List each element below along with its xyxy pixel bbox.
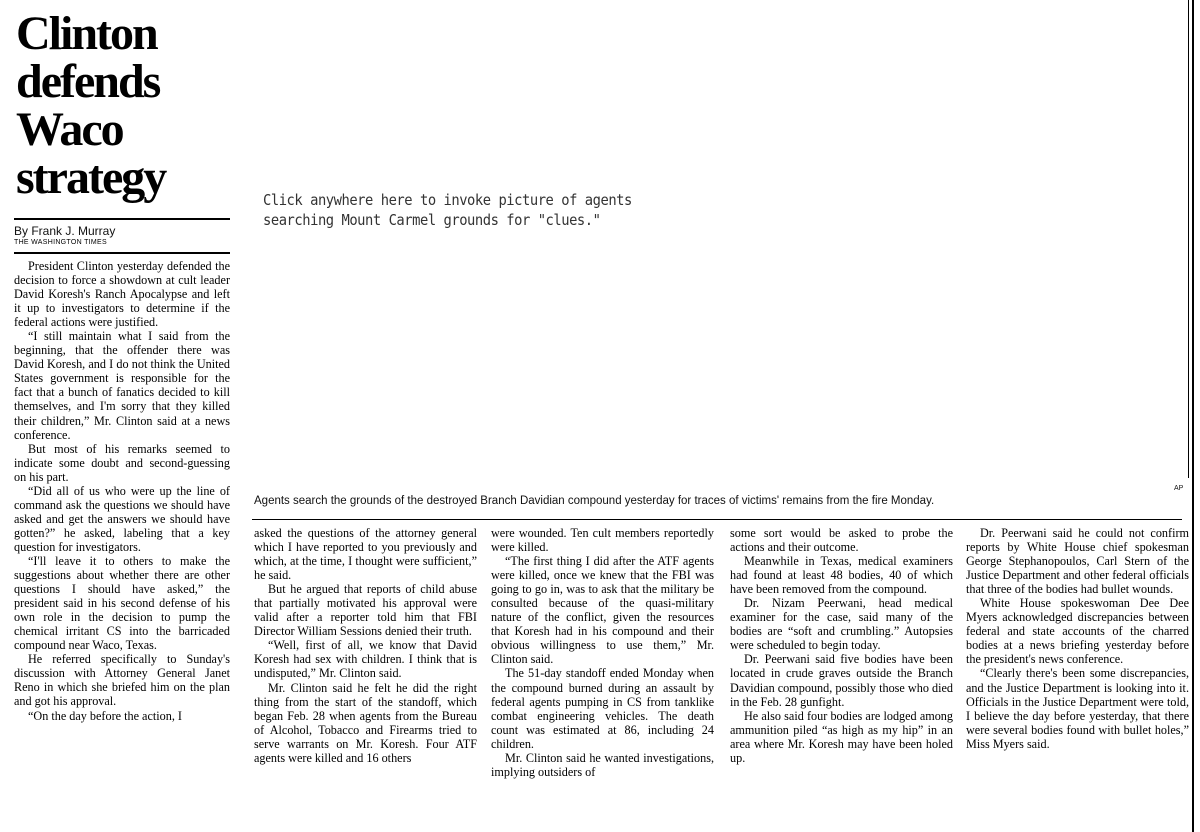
article-column-3: some sort would be asked to probe the ac… [730,526,953,765]
page-border [1192,0,1194,832]
headline: Clinton defends Waco strategy [16,10,230,202]
article-column-2: were wounded. Ten cult members reportedl… [491,526,714,779]
byline-top-rule [14,218,230,220]
paragraph: some sort would be asked to probe the ac… [730,526,953,554]
paragraph: “I'll leave it to others to make the sug… [14,554,230,652]
photo-credit: AP [1174,485,1183,492]
paragraph: “The first thing I did after the ATF age… [491,554,714,666]
paragraph: The 51-day standoff ended Monday when th… [491,666,714,750]
paragraph: He also said four bodies are lodged amon… [730,709,953,765]
paragraph: asked the questions of the attorney gene… [254,526,477,582]
paragraph: Mr. Clinton said he wanted investigation… [491,751,714,779]
article-column-1: asked the questions of the attorney gene… [254,526,477,765]
photo-frame-line [1188,0,1189,478]
paragraph: Mr. Clinton said he felt he did the righ… [254,681,477,765]
lead-column-text: President Clinton yesterday defended the… [14,259,230,723]
paragraph: “I still maintain what I said from the b… [14,329,230,441]
headline-line: strategy [16,154,230,202]
byline-bottom-rule [14,252,230,254]
paragraph: “Did all of us who were up the line of c… [14,484,230,554]
paragraph: Meanwhile in Texas, medical examiners ha… [730,554,953,596]
paragraph: President Clinton yesterday defended the… [14,259,230,329]
article-column-4: Dr. Peerwani said he could not confirm r… [966,526,1189,751]
headline-line: defends [16,58,230,106]
headline-line: Waco [16,106,230,154]
paragraph: He referred specifically to Sunday's dis… [14,652,230,708]
caption-rule [252,519,1182,520]
paragraph: But most of his remarks seemed to indica… [14,442,230,484]
photo-placeholder-link[interactable]: Click anywhere here to invoke picture of… [263,190,632,230]
paragraph: But he argued that reports of child abus… [254,582,477,638]
headline-line: Clinton [16,10,230,58]
paragraph: White House spokeswoman Dee Dee Myers ac… [966,596,1189,666]
paragraph: “Clearly there's been some discrepancies… [966,666,1189,750]
paragraph: “Well, first of all, we know that David … [254,638,477,680]
left-column: Clinton defends Waco strategy By Frank J… [14,0,230,723]
byline-affiliation: THE WASHINGTON TIMES [14,238,230,247]
photo-placeholder-line[interactable]: searching Mount Carmel grounds for "clue… [263,210,632,230]
paragraph: Dr. Nizam Peerwani, head medical examine… [730,596,953,652]
photo-click-area[interactable] [250,0,1190,488]
byline-author: By Frank J. Murray [14,225,230,238]
paragraph: Dr. Peerwani said five bodies have been … [730,652,953,708]
photo-placeholder-line[interactable]: Click anywhere here to invoke picture of… [263,190,632,210]
paragraph: Dr. Peerwani said he could not confirm r… [966,526,1189,596]
paragraph: “On the day before the action, I [14,709,230,723]
paragraph: were wounded. Ten cult members reportedl… [491,526,714,554]
photo-caption: Agents search the grounds of the destroy… [254,494,1154,508]
